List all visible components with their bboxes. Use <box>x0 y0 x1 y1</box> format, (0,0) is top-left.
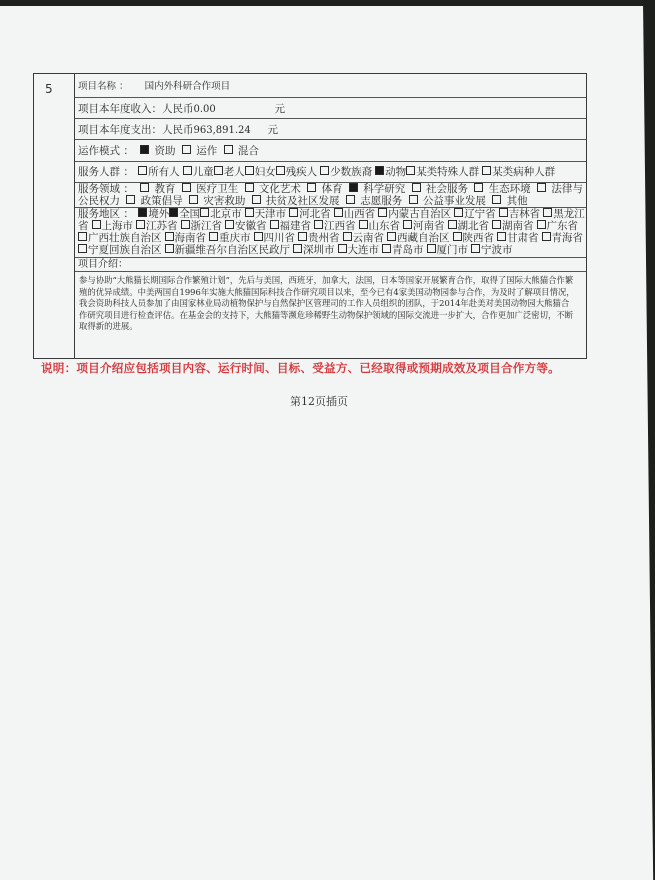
service-field-options: 教育 医疗卫生 文化艺术 体育 科学研究 社会服务 生态环境 法律与公民权力 政… <box>78 183 583 207</box>
entry-number: 5 <box>34 74 75 358</box>
checkbox-option[interactable]: 少数族裔 <box>320 166 375 178</box>
expense-value: 963,891.24 <box>194 125 251 136</box>
option-label: 社会服务 <box>423 183 472 195</box>
checkbox-option[interactable]: 北京市 <box>200 208 245 220</box>
checkbox-option[interactable]: 山东省 <box>359 220 404 232</box>
empty-box-icon[interactable] <box>474 183 483 192</box>
empty-box-icon[interactable] <box>409 195 418 204</box>
empty-box-icon[interactable] <box>334 208 343 217</box>
empty-box-icon[interactable] <box>136 220 145 229</box>
checkbox-option[interactable]: 扶贫及社区发展 <box>249 195 343 207</box>
empty-box-icon[interactable] <box>182 183 191 192</box>
empty-box-icon[interactable] <box>209 232 218 241</box>
option-label: 江西省 <box>324 220 356 232</box>
empty-box-icon[interactable] <box>359 220 368 229</box>
empty-box-icon[interactable] <box>378 208 387 217</box>
empty-box-icon[interactable] <box>138 166 147 175</box>
option-label: 其他 <box>503 195 527 207</box>
option-label: 浙江省 <box>191 220 223 232</box>
checkbox-option[interactable]: 厦门市 <box>427 244 472 256</box>
checkbox-option[interactable]: 科学研究 <box>346 183 409 195</box>
checkbox-option[interactable]: 某类特殊人群 <box>406 166 482 178</box>
project-form-table: 5 项目名称 ： 国内外科研合作项目 项目本年度收入：人民币0.00 元 项目本… <box>33 73 587 359</box>
option-label: 江苏省 <box>146 220 178 232</box>
option-label: 山西省 <box>344 208 376 220</box>
checkbox-option[interactable]: 政策倡导 <box>123 195 186 207</box>
checkbox-option[interactable]: 天津市 <box>245 208 290 220</box>
income-row: 项目本年度收入：人民币0.00 元 <box>75 98 586 119</box>
option-label: 广西壮族自治区 <box>88 232 162 244</box>
service-field-row: 服务领域 ： 教育 医疗卫生 文化艺术 体育 科学研究 社会服务 生态环境 法律… <box>75 183 586 208</box>
empty-box-icon[interactable] <box>182 145 191 154</box>
expense-unit: 元 <box>267 124 278 136</box>
checkbox-option[interactable]: 老人 <box>214 166 245 178</box>
checkbox-option[interactable]: 混合 <box>221 145 259 157</box>
option-label: 甘肃省 <box>507 232 539 244</box>
option-label: 医疗卫生 <box>193 183 242 195</box>
option-label: 灾害救助 <box>200 195 249 207</box>
introduction-text: 参与协助“大熊猫长期国际合作繁殖计划”，先后与美国，西班牙，加拿大，法国，日本等… <box>79 275 576 333</box>
option-label: 湖南省 <box>502 220 534 232</box>
empty-box-icon[interactable] <box>453 232 462 241</box>
empty-box-icon[interactable] <box>224 145 233 154</box>
checkbox-option[interactable]: 陕西省 <box>453 232 498 244</box>
option-label: 体育 <box>318 183 346 195</box>
empty-box-icon[interactable] <box>254 232 263 241</box>
option-label: 妇女 <box>255 166 276 178</box>
checkbox-option[interactable]: 灾害救助 <box>186 195 249 207</box>
option-label: 所有人 <box>148 166 180 178</box>
empty-box-icon[interactable] <box>499 208 508 217</box>
checked-box-icon[interactable] <box>375 166 384 175</box>
operation-mode-row: 运作模式 ： 资助 运作 混合 <box>75 140 586 162</box>
scan-edge-right <box>643 0 655 880</box>
option-label: 运作 <box>193 145 221 157</box>
checkbox-option[interactable]: 吉林省 <box>499 208 544 220</box>
service-region-options: 境外全国北京市天津市河北省山西省内蒙古自治区辽宁省吉林省黑龙江省上海市江苏省浙江… <box>78 208 586 256</box>
empty-box-icon[interactable] <box>214 166 223 175</box>
empty-box-icon[interactable] <box>78 232 87 241</box>
checkbox-option[interactable]: 辽宁省 <box>454 208 499 220</box>
option-label: 政策倡导 <box>137 195 186 207</box>
option-label: 河北省 <box>299 208 331 220</box>
checkbox-option[interactable]: 宁波市 <box>471 244 516 256</box>
checked-box-icon[interactable] <box>169 208 178 217</box>
checkbox-option[interactable]: 河北省 <box>289 208 334 220</box>
checkbox-option[interactable]: 公益事业发展 <box>406 195 490 207</box>
checkbox-option[interactable]: 湖南省 <box>492 220 537 232</box>
option-label: 北京市 <box>210 208 242 220</box>
checkbox-option[interactable]: 教育 <box>137 183 179 195</box>
empty-box-icon[interactable] <box>492 220 501 229</box>
checkbox-option[interactable]: 动物 <box>375 166 406 178</box>
option-label: 儿童 <box>193 166 214 178</box>
empty-box-icon[interactable] <box>406 166 415 175</box>
option-label: 河南省 <box>413 220 445 232</box>
empty-box-icon[interactable] <box>338 244 347 253</box>
checkbox-option[interactable]: 志愿服务 <box>343 195 406 207</box>
option-label: 科学研究 <box>360 183 409 195</box>
option-label: 重庆市 <box>219 232 251 244</box>
checkbox-option[interactable]: 青海省 <box>542 232 587 244</box>
option-label: 陕西省 <box>463 232 495 244</box>
empty-box-icon[interactable] <box>165 232 174 241</box>
empty-box-icon[interactable] <box>245 183 254 192</box>
option-label: 某类病种人群 <box>492 166 555 178</box>
checkbox-option[interactable]: 儿童 <box>183 166 214 178</box>
option-label: 动物 <box>385 166 406 178</box>
checkbox-option[interactable]: 广西壮族自治区 <box>78 232 165 244</box>
empty-box-icon[interactable] <box>492 195 501 204</box>
service-population-options: 所有人儿童老人妇女残疾人少数族裔动物某类特殊人群某类病种人群 <box>137 166 558 178</box>
checked-box-icon[interactable] <box>140 145 149 154</box>
empty-box-icon[interactable] <box>276 166 285 175</box>
service-field-label: 服务领域 ： <box>78 183 134 195</box>
option-label: 海南省 <box>175 232 207 244</box>
introduction-label: 项目介绍： <box>78 259 128 270</box>
empty-box-icon[interactable] <box>314 220 323 229</box>
option-label: 生态环境 <box>485 183 534 195</box>
option-label: 青岛市 <box>392 244 424 256</box>
empty-box-icon[interactable] <box>346 195 355 204</box>
empty-box-icon[interactable] <box>537 183 546 192</box>
checkbox-option[interactable]: 全国 <box>169 208 200 220</box>
checkbox-option[interactable]: 西藏自治区 <box>387 232 453 244</box>
checkbox-option[interactable]: 资助 <box>137 145 179 157</box>
expense-row: 项目本年度支出：人民币963,891.24 元 <box>75 119 586 140</box>
checkbox-option[interactable]: 重庆市 <box>209 232 254 244</box>
checkbox-option[interactable]: 江苏省 <box>136 220 181 232</box>
empty-box-icon[interactable] <box>482 166 491 175</box>
empty-box-icon[interactable] <box>252 195 261 204</box>
checkbox-option[interactable]: 广东省 <box>537 220 582 232</box>
service-population-label: 服务人群 ： <box>78 166 134 178</box>
checkbox-option[interactable]: 社会服务 <box>409 183 472 195</box>
checkbox-option[interactable]: 海南省 <box>165 232 210 244</box>
empty-box-icon[interactable] <box>403 220 412 229</box>
empty-box-icon[interactable] <box>307 183 316 192</box>
option-label: 混合 <box>235 145 259 157</box>
checkbox-option[interactable]: 云南省 <box>343 232 388 244</box>
checkbox-option[interactable]: 浙江省 <box>181 220 226 232</box>
checkbox-option[interactable]: 医疗卫生 <box>179 183 242 195</box>
option-label: 四川省 <box>264 232 296 244</box>
checkbox-option[interactable]: 妇女 <box>245 166 276 178</box>
service-region-row: 服务地区 ： 境外全国北京市天津市河北省山西省内蒙古自治区辽宁省吉林省黑龙江省上… <box>75 208 586 258</box>
empty-box-icon[interactable] <box>270 220 279 229</box>
checkbox-option[interactable]: 甘肃省 <box>497 232 542 244</box>
empty-box-icon[interactable] <box>289 208 298 217</box>
checkbox-option[interactable]: 宁夏回族自治区 <box>78 244 165 256</box>
option-label: 天津市 <box>255 208 287 220</box>
introduction-label-row: 项目介绍： <box>75 258 586 272</box>
empty-box-icon[interactable] <box>189 195 198 204</box>
option-label: 福建省 <box>280 220 312 232</box>
option-label: 新疆维吾尔自治区民政厅 <box>175 244 291 256</box>
empty-box-icon[interactable] <box>245 166 254 175</box>
introduction-content: 参与协助“大熊猫长期国际合作繁殖计划”，先后与美国，西班牙，加拿大，法国，日本等… <box>75 272 586 358</box>
option-label: 残疾人 <box>286 166 318 178</box>
service-population-row: 服务人群 ： 所有人儿童老人妇女残疾人少数族裔动物某类特殊人群某类病种人群 <box>75 162 586 183</box>
option-label: 深圳市 <box>303 244 335 256</box>
option-label: 境外 <box>148 208 169 220</box>
project-name-value: 国内外科研合作项目 <box>145 81 231 92</box>
checkbox-option[interactable]: 文化艺术 <box>242 183 305 195</box>
checkbox-option[interactable]: 残疾人 <box>276 166 321 178</box>
checkbox-option[interactable]: 青岛市 <box>382 244 427 256</box>
option-label: 内蒙古自治区 <box>388 208 451 220</box>
option-label: 宁夏回族自治区 <box>88 244 162 256</box>
page-label: 第12页插页 <box>290 393 348 409</box>
checkbox-option[interactable]: 所有人 <box>137 166 183 178</box>
empty-box-icon[interactable] <box>427 244 436 253</box>
empty-box-icon[interactable] <box>225 220 234 229</box>
empty-box-icon[interactable] <box>497 232 506 241</box>
empty-box-icon[interactable] <box>542 232 551 241</box>
checkbox-option[interactable]: 河南省 <box>403 220 448 232</box>
empty-box-icon[interactable] <box>245 208 254 217</box>
checkbox-option[interactable]: 某类病种人群 <box>482 166 558 178</box>
empty-box-icon[interactable] <box>92 220 101 229</box>
option-label: 全国 <box>179 208 200 220</box>
project-name-label: 项目名称 ： <box>78 81 129 92</box>
expense-label: 项目本年度支出：人民币 <box>78 124 194 136</box>
empty-box-icon[interactable] <box>298 232 307 241</box>
checkbox-option[interactable]: 贵州省 <box>298 232 343 244</box>
option-label: 扶贫及社区发展 <box>263 195 343 207</box>
checkbox-option[interactable]: 运作 <box>179 145 221 157</box>
option-label: 安徽省 <box>235 220 267 232</box>
empty-box-icon[interactable] <box>165 244 174 253</box>
empty-box-icon[interactable] <box>343 232 352 241</box>
option-label: 青海省 <box>552 232 584 244</box>
income-value: 0.00 <box>194 104 216 115</box>
option-label: 宁波市 <box>481 244 513 256</box>
checkbox-option[interactable]: 湖北省 <box>448 220 493 232</box>
checkbox-option[interactable]: 生态环境 <box>471 183 534 195</box>
option-label: 广东省 <box>547 220 579 232</box>
empty-box-icon[interactable] <box>448 220 457 229</box>
empty-box-icon[interactable] <box>454 208 463 217</box>
empty-box-icon[interactable] <box>140 183 149 192</box>
checkbox-option[interactable]: 上海市 <box>92 220 137 232</box>
instruction-note: 说明：项目介绍应包括项目内容、运行时间、目标、受益方、已经取得或预期成效及项目合… <box>41 360 560 376</box>
option-label: 文化艺术 <box>256 183 305 195</box>
option-label: 云南省 <box>353 232 385 244</box>
empty-box-icon[interactable] <box>387 232 396 241</box>
option-label: 资助 <box>151 145 179 157</box>
option-label: 教育 <box>151 183 179 195</box>
operation-mode-options: 资助 运作 混合 <box>137 145 259 157</box>
income-label: 项目本年度收入：人民币 <box>78 103 194 115</box>
checkbox-option[interactable]: 内蒙古自治区 <box>378 208 454 220</box>
checkbox-option[interactable]: 其他 <box>489 195 527 207</box>
checkbox-option[interactable]: 江西省 <box>314 220 359 232</box>
option-label: 公益事业发展 <box>420 195 490 207</box>
option-label: 湖北省 <box>458 220 490 232</box>
option-label: 辽宁省 <box>464 208 496 220</box>
option-label: 大连市 <box>348 244 380 256</box>
option-label: 少数族裔 <box>330 166 372 178</box>
empty-box-icon[interactable] <box>126 195 135 204</box>
scan-edge-top <box>0 0 655 6</box>
option-label: 志愿服务 <box>357 195 406 207</box>
empty-box-icon[interactable] <box>537 220 546 229</box>
service-region-label: 服务地区 ： <box>78 208 134 220</box>
checked-box-icon[interactable] <box>138 208 147 217</box>
checkbox-option[interactable]: 大连市 <box>338 244 383 256</box>
empty-box-icon[interactable] <box>78 244 87 253</box>
option-label: 山东省 <box>369 220 401 232</box>
empty-box-icon[interactable] <box>183 166 192 175</box>
empty-box-icon[interactable] <box>200 208 209 217</box>
checkbox-option[interactable]: 四川省 <box>254 232 299 244</box>
empty-box-icon[interactable] <box>293 244 302 253</box>
checkbox-option[interactable]: 山西省 <box>334 208 379 220</box>
checkbox-option[interactable]: 福建省 <box>270 220 315 232</box>
operation-mode-label: 运作模式 ： <box>78 145 134 157</box>
option-label: 贵州省 <box>308 232 340 244</box>
empty-box-icon[interactable] <box>181 220 190 229</box>
option-label: 上海市 <box>102 220 134 232</box>
empty-box-icon[interactable] <box>471 244 480 253</box>
checkbox-option[interactable]: 新疆维吾尔自治区民政厅 <box>165 244 294 256</box>
empty-box-icon[interactable] <box>543 208 552 217</box>
checkbox-option[interactable]: 深圳市 <box>293 244 338 256</box>
empty-box-icon[interactable] <box>412 183 421 192</box>
empty-box-icon[interactable] <box>382 244 391 253</box>
checkbox-option[interactable]: 安徽省 <box>225 220 270 232</box>
empty-box-icon[interactable] <box>320 166 329 175</box>
option-label: 厦门市 <box>437 244 469 256</box>
checkbox-option[interactable]: 体育 <box>304 183 346 195</box>
option-label: 西藏自治区 <box>397 232 450 244</box>
income-unit: 元 <box>274 103 285 115</box>
checkbox-option[interactable]: 境外 <box>137 208 169 220</box>
project-name-row: 项目名称 ： 国内外科研合作项目 <box>75 74 586 98</box>
option-label: 吉林省 <box>509 208 541 220</box>
checked-box-icon[interactable] <box>349 183 358 192</box>
option-label: 某类特殊人群 <box>416 166 479 178</box>
option-label: 老人 <box>224 166 245 178</box>
